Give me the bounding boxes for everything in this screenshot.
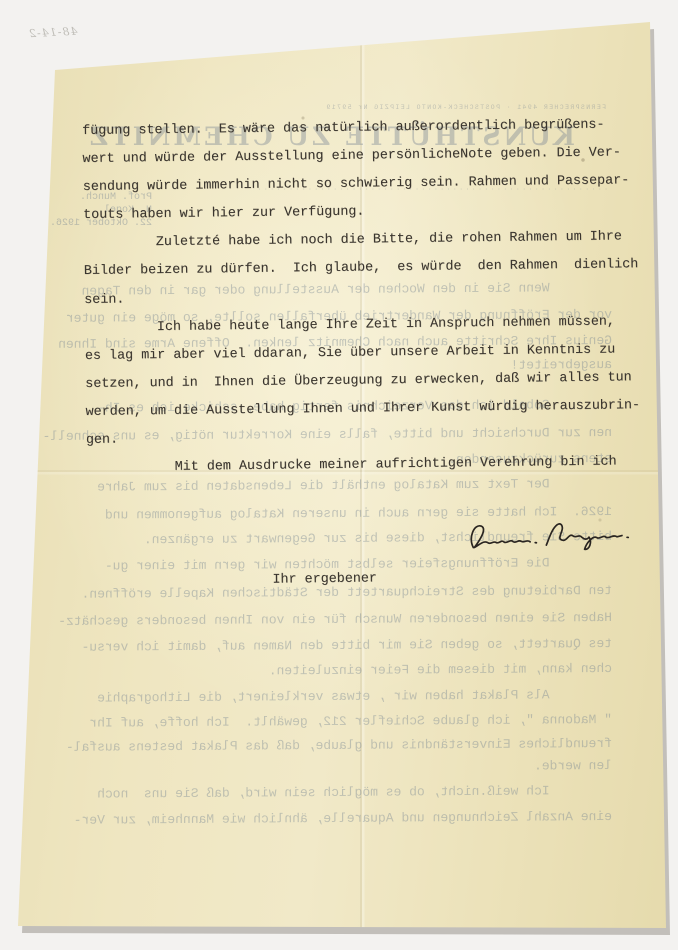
letter-paper: FERNSPRECHER 4941 · POSTSCHECK-KONTO LEI… [0, 0, 678, 950]
bleed-line: " Madonna ", ich glaube Schiefler 212, g… [89, 713, 612, 730]
photo-backdrop: 48-14-2 FERNSPRECHER 4941 · POSTSCHECK-K… [0, 0, 678, 950]
bleed-line: len werde. [534, 759, 612, 773]
bleed-line: tes Quartett, so geben Sie mir bitte den… [81, 637, 612, 654]
typed-line: Mit dem Ausdrucke meiner aufrichtigen Ve… [86, 448, 661, 483]
bleed-line: Als Plakat haben wir , etwas verkleinert… [97, 688, 612, 705]
archive-mark: 48-14-2 [28, 25, 78, 41]
bleed-line: freundliches Einverständnis und glaube, … [66, 737, 612, 754]
bleed-line: Haben Sie einen besonderen Wunsch für ei… [58, 611, 612, 628]
bleed-line: chen kann, mit diesem die Feier einzulei… [269, 662, 612, 677]
signature-handwriting [384, 482, 637, 606]
bleed-line: Ich weiß.nicht, ob es möglich sein wird,… [97, 784, 612, 801]
typed-paragraphs: fügung stellen. Es wäre das natürlich au… [82, 111, 661, 483]
bleed-line: eine Anzahl Zeichnungen und Aquarelle, ä… [74, 810, 612, 827]
bleed-letterhead-phone-line: FERNSPRECHER 4941 · POSTSCHECK-KONTO LEI… [325, 104, 606, 111]
valediction: Ihr ergebener [88, 566, 378, 598]
signature-row: Ihr ergebener [87, 486, 663, 597]
typed-letter-body: fügung stellen. Es wäre das natürlich au… [82, 111, 663, 597]
